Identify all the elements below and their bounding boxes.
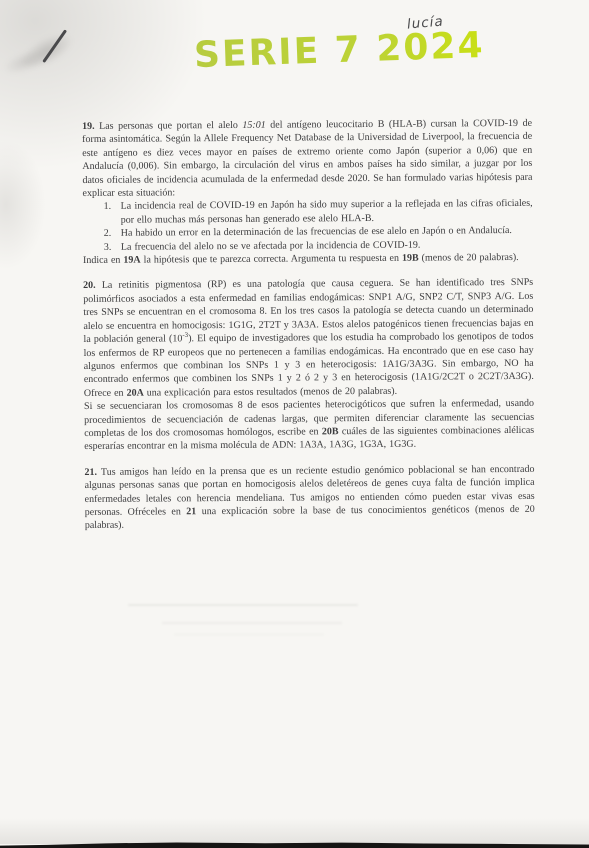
bold-text: 19A [123, 255, 140, 266]
paragraph: 20. La retinitis pigmentosa (RP) es una … [83, 276, 534, 400]
text-run: la hipótesis que te parezca correcta. Ar… [141, 253, 402, 266]
bold-text: 20B [322, 426, 339, 437]
list-number: 1. [104, 200, 121, 227]
paragraph: Indica en 19A la hipótesis que te parezc… [83, 251, 533, 268]
list-number: 3. [104, 240, 121, 254]
paragraph: 21. Tus amigos han leído en la prensa qu… [84, 463, 534, 533]
text-run: una explicación para estos resultados (m… [144, 386, 397, 399]
scanned-exam-page: lucía SERIE 7 2024 19. Las personas que … [0, 0, 589, 848]
bold-text: 19. [82, 121, 95, 132]
hypothesis-item: 1.La incidencia real de COVID-19 en Japó… [83, 197, 533, 227]
text-run: Indica en [83, 255, 124, 266]
paragraph: Si se secuenciaran los cromosomas 8 de e… [84, 397, 534, 454]
handwritten-title: SERIE 7 2024 [193, 25, 485, 76]
ink-bleedthrough-ghost [128, 596, 428, 642]
question-19: 19. Las personas que portan el alelo 15:… [82, 117, 533, 268]
question-21: 21. Tus amigos han leído en la prensa qu… [84, 463, 534, 533]
bold-text: 21 [186, 506, 196, 517]
bold-text: 21. [84, 467, 97, 478]
text-run: (menos de 20 palabras). [419, 252, 519, 264]
question-20: 20. La retinitis pigmentosa (RP) es una … [83, 276, 534, 453]
document-text: 19. Las personas que portan el alelo 15:… [82, 117, 535, 545]
list-number: 2. [104, 227, 121, 241]
paper-shadow-left [0, 140, 46, 270]
paper-curl-shadow [0, 818, 589, 844]
bold-text: 20. [83, 280, 96, 291]
bold-text: 19B [402, 253, 419, 264]
list-text: La incidencia real de COVID-19 en Japón … [121, 197, 533, 227]
italic-text: 15:01 [242, 120, 265, 131]
paragraph: 19. Las personas que portan el alelo 15:… [82, 117, 533, 201]
text-run: Las personas que portan el alelo [95, 120, 243, 132]
bold-text: 20A [127, 387, 144, 398]
